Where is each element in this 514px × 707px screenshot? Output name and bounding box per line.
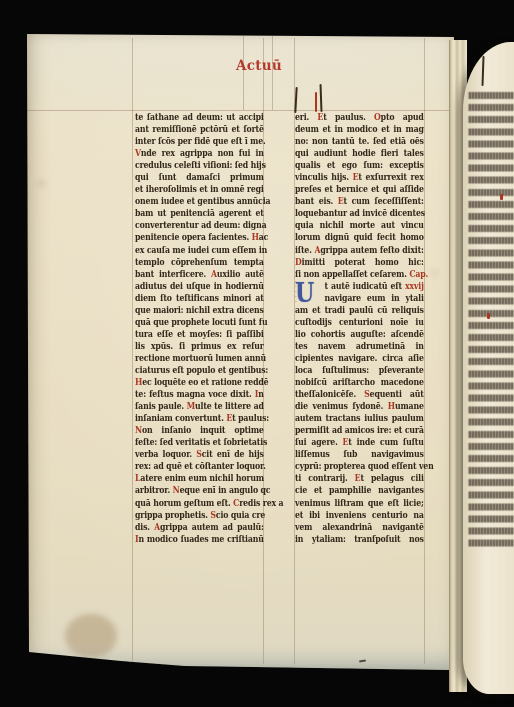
text-line: cie et pamphilie navigantes xyxy=(295,485,424,497)
ink-text: no: non tantū te. ſed etiā oēs xyxy=(295,136,424,147)
text-line: ex cauſa me iudei cum eſſem in xyxy=(135,245,264,257)
text-line: ſanis paule. Multe te littere ad xyxy=(135,401,264,413)
ink-text: verba loquor. xyxy=(135,449,196,460)
text-line: que maiori: nichil extra dicens xyxy=(135,305,264,317)
ink-text: et ibi inveniens centurio na xyxy=(295,510,424,521)
next-leaf xyxy=(463,42,514,694)
text-line: quā que prophete locuti ſunt fu xyxy=(135,317,264,329)
ink-text: te ſathane ad deum: ut accipi xyxy=(135,112,264,123)
ink-text: ex cauſa me iudei cum eſſem in xyxy=(135,245,267,256)
text-line: ſui agere. Et inde cum ſuſtu xyxy=(295,437,424,449)
ink-text: n modico ſuades me criſtianū xyxy=(138,534,263,545)
ink-text: vem alexandrinā navigantē xyxy=(295,522,424,533)
ink-text: grippa autem ad paulū: xyxy=(160,522,264,533)
ink-text: die venimus ſydonē. xyxy=(295,401,388,412)
ink-text: converterentur ad deum: digna xyxy=(135,220,266,231)
ink-text: lio cohortis auguſte: aſcendē xyxy=(295,329,424,340)
ink-text: navigare eum in ytali xyxy=(325,293,424,304)
text-line: ſi non appellaſſet ceſarem. Cap. xyxy=(295,269,424,281)
text-column-right: eri. Et paulus. Opto apuddeum et in modi… xyxy=(295,112,424,546)
text-line: am et tradi paulū cū reliquis xyxy=(295,305,424,317)
text-line: Dimitti poterat homo hic: xyxy=(295,257,424,269)
text-line: cyprū: propterea quod eſſent ven xyxy=(295,461,424,473)
ink-text: equenti aūt xyxy=(370,389,424,400)
ink-text: cipientes navigare. circa aſie xyxy=(295,353,424,364)
ink-text: on inſanio inquit optime xyxy=(142,425,264,436)
ink-text: eri. xyxy=(295,112,317,123)
ink-text: loca ſuſtulimus: pſeverante xyxy=(295,365,424,376)
text-line: verba loquor. Scit enī de hijs xyxy=(135,449,264,461)
ink-text: inter ſcōs per fidē que eſt ī me. xyxy=(135,136,266,147)
ink-text: lorum dignū quid fecit homo xyxy=(295,232,424,243)
ink-text: preſes et bernice et qui aſſide xyxy=(295,184,424,195)
photograph-background: Actuū te ſathane ad deum: ut accipiant r… xyxy=(0,0,514,707)
ink-text: onem iudee et gentibus annūcia xyxy=(135,196,270,207)
ink-text: am et tradi paulū cū reliquis xyxy=(295,305,424,316)
ink-text: ti contrarij. xyxy=(295,473,355,484)
ink-text: t paulus. xyxy=(323,112,374,123)
ink-text: ſi non appellaſſet ceſarem. xyxy=(295,269,409,280)
text-line: In modico ſuades me criſtianū xyxy=(135,534,264,546)
page-bottom-edge xyxy=(25,644,456,672)
ruling-line-horizontal xyxy=(25,110,456,111)
ink-text: n xyxy=(258,389,264,400)
text-line: qui audiunt hodie fieri tales xyxy=(295,148,424,160)
text-line: cipientes navigare. circa aſie xyxy=(295,353,424,365)
ink-text: bant interficere. xyxy=(135,269,211,280)
ink-text: ſanis paule. xyxy=(135,401,187,412)
ink-text: penitencie opera facientes. xyxy=(135,232,252,243)
text-line: liſſemus ſub navigavimus xyxy=(295,449,424,461)
ink-text: qualis et ego ſum: exceptis xyxy=(295,160,424,171)
ink-text: nobiſcū ariſtarcho macedone xyxy=(295,377,424,388)
ink-text: permiſit ad amicos ire: et curā xyxy=(295,425,424,436)
text-line: lio cohortis auguſte: aſcendē xyxy=(295,329,424,341)
ink-text: bant eis. xyxy=(295,196,338,207)
ink-text: et iheroſolimis et in omnē regi xyxy=(135,184,264,195)
text-line: loquebantur ad invicē dicentes xyxy=(295,208,424,220)
rubricated-text: H xyxy=(388,401,395,412)
text-line: venimus liſtram que eſt licie; xyxy=(295,498,424,510)
ink-text: venimus liſtram que eſt licie; xyxy=(295,498,424,509)
ruling-line-vertical xyxy=(424,38,425,664)
ink-text: autem tractans iulius paulum xyxy=(295,413,424,424)
ascender-flourish xyxy=(481,56,484,86)
ink-text: tes navem adrumetinā in xyxy=(295,341,424,352)
ink-text: bam ut penitenciā agerent et xyxy=(135,208,264,219)
ink-text: lis xpūs. ſi primus ex reſur xyxy=(135,341,264,352)
text-line: cuſtodijs centurioni noīe iu xyxy=(295,317,424,329)
text-line: feſte: ſed veritatis et ſobrietatis xyxy=(135,437,264,449)
running-title: Actuū xyxy=(230,58,288,74)
rubricated-text: H xyxy=(135,377,142,388)
text-line: te ſathane ad deum: ut accipi xyxy=(135,112,264,124)
rubricated-text: M xyxy=(187,401,195,412)
ink-text: cit enī de hijs xyxy=(202,449,264,460)
ink-text: ec loquēte eo et ratione reddē xyxy=(142,377,268,388)
ink-text: qui ſunt damaſci primum xyxy=(135,172,264,183)
rubricated-text: xxvij xyxy=(405,281,424,292)
text-line: penitencie opera facientes. Hac xyxy=(135,232,264,244)
text-line: vinculis hijs. Et exſurrexit rex xyxy=(295,172,424,184)
ink-text: pto apud xyxy=(381,112,424,123)
ink-text: ciaturus eſt populo et gentibus: xyxy=(135,365,268,376)
ink-text: cie et pamphilie navigantes xyxy=(295,485,424,496)
text-line: tes navem adrumetinā in xyxy=(295,341,424,353)
ink-text: imitti poterat homo hic: xyxy=(302,257,424,268)
text-line: qui ſunt damaſci primum xyxy=(135,172,264,184)
text-line: Non inſanio inquit optime xyxy=(135,425,264,437)
drop-cap-initial: U xyxy=(295,281,325,305)
text-line: et ibi inveniens centurio na xyxy=(295,510,424,522)
text-line: et iheroſolimis et in omnē regi xyxy=(135,184,264,196)
foxing-spot xyxy=(431,270,438,276)
text-line: rex: ad quē et cōſtanter loquor. xyxy=(135,461,264,473)
rubric-mark xyxy=(500,194,503,200)
ink-text: atere enim eum nichil horum xyxy=(140,473,264,484)
ink-text: t inde cum ſuſtu xyxy=(348,437,423,448)
text-line: te: feſtus magna voce dixit. In xyxy=(135,389,264,401)
ink-text: rex: ad quē et cōſtanter loquor. xyxy=(135,461,266,472)
ink-text: theſſalonicēſe. xyxy=(295,389,364,400)
text-line: loca ſuſtulimus: pſeverante xyxy=(295,365,424,377)
ink-text: inſaniam convertunt. xyxy=(135,413,226,424)
text-line: nobiſcū ariſtarcho macedone xyxy=(295,377,424,389)
ink-text: dis. xyxy=(135,522,154,533)
ink-text: nde rex agrippa non fui in xyxy=(141,148,264,159)
ink-text: umane xyxy=(395,401,424,412)
text-line: die venimus ſydonē. Humane xyxy=(295,401,424,413)
ink-text: in ytaliam: tranſpoſuit nos xyxy=(295,534,424,545)
ink-text: diem ſto teſtificans minori at xyxy=(135,293,264,304)
ink-text: feſte: ſed veritatis et ſobrietatis xyxy=(135,437,267,448)
ink-text: ac xyxy=(259,232,268,243)
ink-text: arbitror. xyxy=(135,485,173,496)
ink-text: iſte. xyxy=(295,245,314,256)
ink-text: cio quia cre xyxy=(216,510,265,521)
text-line: adiutus dei uſque in hodiernū xyxy=(135,281,264,293)
text-line: preſes et bernice et qui aſſide xyxy=(295,184,424,196)
text-line: credulus celeſti viſioni: ſed hijs xyxy=(135,160,264,172)
text-line: theſſalonicēſe. Sequenti aūt xyxy=(295,389,424,401)
ink-text: templo cōprehenſum tempta xyxy=(135,257,264,268)
ink-text: quā que prophete locuti ſunt fu xyxy=(135,317,267,328)
ink-text: loquebantur ad invicē dicentes xyxy=(295,208,425,219)
ink-text: que maiori: nichil extra dicens xyxy=(135,305,264,316)
ink-text: grippa autem feſto dixit: xyxy=(320,245,423,256)
rubricated-text: H xyxy=(252,232,259,243)
ink-text: quā horum geſtum eſt. xyxy=(135,498,233,509)
ink-text: eque enī in angulo qc xyxy=(180,485,271,496)
rubricated-text: Cap. xyxy=(409,269,428,280)
text-line: qualis et ego ſum: exceptis xyxy=(295,160,424,172)
text-line: in ytaliam: tranſpoſuit nos xyxy=(295,534,424,546)
text-line: ciaturus eſt populo et gentibus: xyxy=(135,365,264,377)
text-line: rectione mortuorū lumen annū xyxy=(135,353,264,365)
text-line: bam ut penitenciā agerent et xyxy=(135,208,264,220)
ink-text: deum et in modico et in mag xyxy=(295,124,424,135)
text-line: onem iudee et gentibus annūcia xyxy=(135,196,264,208)
ink-text: adiutus dei uſque in hodiernū xyxy=(135,281,264,292)
ink-text: vinculis hijs. xyxy=(295,172,353,183)
text-line: deum et in modico et in mag xyxy=(295,124,424,136)
text-line: no: non tantū te. ſed etiā oēs xyxy=(295,136,424,148)
text-line: Vnde rex agrippa non fui in xyxy=(135,148,264,160)
ink-text: t autē iudicatū eſt xyxy=(325,281,405,292)
text-line: Latere enim eum nichil horum xyxy=(135,473,264,485)
ink-text: ſui agere. xyxy=(295,437,343,448)
next-leaf-text-column xyxy=(468,92,514,547)
text-line: vem alexandrinā navigantē xyxy=(295,522,424,534)
text-line: quia nichil morte aut vincu xyxy=(295,220,424,232)
ascender-flourish-red xyxy=(315,92,317,112)
ink-text: ulte te littere ad xyxy=(195,401,264,412)
ink-text: cyprū: propterea quod eſſent ven xyxy=(295,461,434,472)
text-line: grippa prophetis. Scio quia cre xyxy=(135,510,264,522)
ink-text: redis rex a xyxy=(239,498,283,509)
ink-text: t pelagus cili xyxy=(360,473,423,484)
ink-text: t exſurrexit rex xyxy=(358,172,423,183)
foxing-spot xyxy=(37,180,46,187)
ink-text: grippa prophetis. xyxy=(135,510,210,521)
text-line: iſte. Agrippa autem feſto dixit: xyxy=(295,245,424,257)
ink-text: quia nichil morte aut vincu xyxy=(295,220,424,231)
ink-text: qui audiunt hodie fieri tales xyxy=(295,148,424,159)
text-line: lorum dignū quid fecit homo xyxy=(295,232,424,244)
text-line: tura eſſe et moyſes: ſi paſſibi xyxy=(135,329,264,341)
text-line: eri. Et paulus. Opto apud xyxy=(295,112,424,124)
text-line: dis. Agrippa autem ad paulū: xyxy=(135,522,264,534)
text-line: ti contrarij. Et pelagus cili xyxy=(295,473,424,485)
ink-text: cuſtodijs centurioni noīe iu xyxy=(295,317,424,328)
ink-text: t cum ſeceſſiſſent: xyxy=(344,196,424,207)
text-line: autem tractans iulius paulum xyxy=(295,413,424,425)
text-column-left: te ſathane ad deum: ut accipiant remiſſi… xyxy=(135,112,264,546)
rubric-mark xyxy=(487,313,490,319)
text-line: converterentur ad deum: digna xyxy=(135,220,264,232)
text-line: bant eis. Et cum ſeceſſiſſent: xyxy=(295,196,424,208)
text-line: ant remiſſionē pctōrū et ſortē xyxy=(135,124,264,136)
text-line: bant interficere. Auxilio autē xyxy=(135,269,264,281)
ink-text: liſſemus ſub navigavimus xyxy=(295,449,424,460)
text-line: inſaniam convertunt. Et paulus: xyxy=(135,413,264,425)
ink-text: ant remiſſionē pctōrū et ſortē xyxy=(135,124,264,135)
text-line: quā horum geſtum eſt. Credis rex a xyxy=(135,498,264,510)
text-line: permiſit ad amicos ire: et curā xyxy=(295,425,424,437)
ink-text: tura eſſe et moyſes: ſi paſſibi xyxy=(135,329,264,340)
text-line: templo cōprehenſum tempta xyxy=(135,257,264,269)
ink-text: t paulus: xyxy=(232,413,269,424)
text-line: lis xpūs. ſi primus ex reſur xyxy=(135,341,264,353)
text-line: Hec loquēte eo et ratione reddē xyxy=(135,377,264,389)
ink-text: te: feſtus magna voce dixit. xyxy=(135,389,255,400)
text-line: arbitror. Neque enī in angulo qc xyxy=(135,485,264,497)
text-line: inter ſcōs per fidē que eſt ī me. xyxy=(135,136,264,148)
ink-text: rectione mortuorū lumen annū xyxy=(135,353,266,364)
manuscript-page: Actuū te ſathane ad deum: ut accipiant r… xyxy=(25,32,456,672)
ink-text: credulus celeſti viſioni: ſed hijs xyxy=(135,160,266,171)
ruling-line-vertical xyxy=(132,38,133,664)
ascender-flourish xyxy=(320,84,323,112)
ink-text: uxilio autē xyxy=(217,269,264,280)
text-line: diem ſto teſtificans minori at xyxy=(135,293,264,305)
